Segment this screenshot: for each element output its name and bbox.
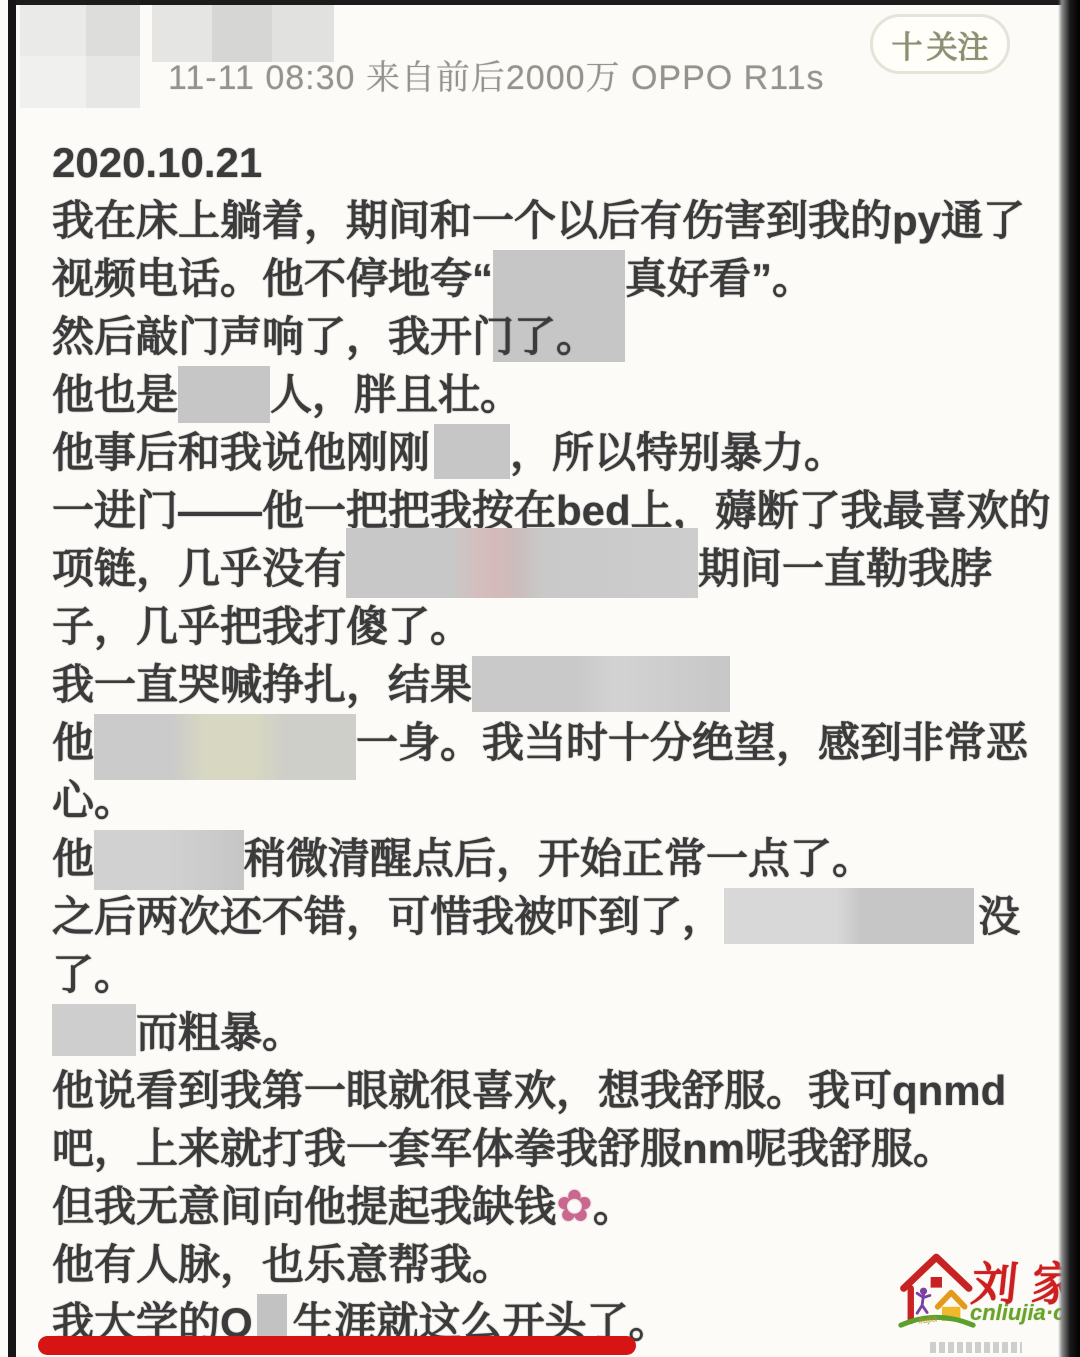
- post-line: 2020.10.21: [52, 134, 1012, 192]
- site-watermark: liujia 刘家 cnliujia·com: [898, 1240, 1068, 1357]
- post-text: 我在床上躺着，期间和一个以后有伤害到我的py通了: [52, 197, 1025, 244]
- frame-edge-right: [1058, 0, 1080, 1357]
- post-line: 他也是人，胖且壮。: [52, 366, 1012, 424]
- red-underline: [38, 1336, 636, 1355]
- post-text: 他说看到我第一眼就很喜欢，想我舒服。我可qnmd: [52, 1067, 1006, 1114]
- censor-blur: [434, 424, 510, 479]
- post-text: 之后两次还不错，可惜我被吓到了，: [52, 893, 724, 940]
- follow-label: 关注: [927, 22, 989, 67]
- post-line: 他事后和我说他刚刚，所以特别暴力。: [52, 424, 1012, 482]
- censor-blur: [257, 1294, 287, 1340]
- username-censored[interactable]: [152, 0, 334, 62]
- post-text: 他有人脉，也乐意帮我。: [52, 1241, 514, 1288]
- post-line: 吧，上来就打我一套军体拳我舒服nm呢我舒服。: [52, 1120, 1012, 1178]
- follow-button[interactable]: 十关注: [870, 14, 1010, 74]
- post-line: 子，几乎把我打傻了。: [52, 598, 1012, 656]
- watermark-fine-print: [930, 1342, 1022, 1353]
- post-line: 项链，几乎没有期间一直勒我脖: [52, 540, 1012, 598]
- svg-text:liujia: liujia: [918, 1313, 938, 1325]
- post-text: 视频电话。他不停地夸“: [52, 255, 493, 302]
- post-line: 了。: [52, 946, 1012, 1004]
- post-text: 而粗暴。: [136, 1009, 304, 1056]
- post-text: ，所以特别暴力。: [510, 429, 846, 476]
- frame-edge-left: [8, 0, 16, 1357]
- post-text: 2020.10.21: [52, 139, 262, 186]
- post-text: 但我无意间向他提起我缺钱: [52, 1183, 556, 1230]
- plus-icon: 十: [892, 22, 923, 67]
- post-line: 心。: [52, 772, 1012, 830]
- post-text: 期间一直勒我脖: [698, 545, 992, 592]
- post-line: 他稍微清醒点后，开始正常一点了。: [52, 830, 1012, 888]
- house-logo-icon: liujia: [898, 1246, 976, 1342]
- post-line: 之后两次还不错，可惜我被吓到了，没: [52, 888, 1012, 946]
- post-line: 我一直哭喊挣扎，结果: [52, 656, 1012, 714]
- post-text: 真好看”。: [625, 255, 814, 302]
- flower-emoji: ✿: [556, 1182, 593, 1231]
- post-line: 他有人脉，也乐意帮我。: [52, 1236, 1012, 1294]
- post-text: 子，几乎把我打傻了。: [52, 603, 472, 650]
- post-line: 但我无意间向他提起我缺钱✿。: [52, 1178, 1012, 1236]
- censor-blur: [724, 888, 974, 944]
- post-line: 而粗暴。: [52, 1004, 1012, 1062]
- post-line: 他说看到我第一眼就很喜欢，想我舒服。我可qnmd: [52, 1062, 1012, 1120]
- post-line: 然后敲门声响了，我开门了。: [52, 308, 1012, 366]
- avatar-censored[interactable]: [20, 0, 140, 108]
- censor-blur: [472, 656, 730, 712]
- post-text: 一身。我当时十分绝望，感到非常恶: [356, 719, 1028, 766]
- censor-blur: [52, 1004, 136, 1056]
- post-text: 没: [978, 893, 1020, 940]
- post-text: 我一直哭喊挣扎，结果: [52, 661, 472, 708]
- censor-blur: [178, 366, 270, 423]
- censor-blur: [94, 714, 356, 780]
- post-text: 了。: [52, 951, 136, 998]
- post-text: 他: [52, 835, 94, 882]
- post-text: 项链，几乎没有: [52, 545, 346, 592]
- frame-edge-top: [8, 0, 1080, 5]
- post-text: 心。: [52, 777, 136, 824]
- post-body: 2020.10.21我在床上躺着，期间和一个以后有伤害到我的py通了视频电话。他…: [52, 134, 1012, 1352]
- post-text: 人，胖且壮。: [270, 371, 522, 418]
- weibo-post-screenshot: 11-11 08:30 来自前后2000万 OPPO R11s 十关注 2020…: [0, 0, 1080, 1357]
- post-timestamp: 11-11 08:30 来自前后2000万 OPPO R11s: [168, 58, 825, 98]
- censor-blur: [94, 830, 244, 890]
- post-text: 。: [593, 1183, 635, 1230]
- post-line: 视频电话。他不停地夸“真好看”。: [52, 250, 1012, 308]
- post-text: 然后敲门声响了，我开门了。: [52, 313, 598, 360]
- censor-blur: [346, 528, 698, 598]
- post-text: 他事后和我说他刚刚: [52, 429, 430, 476]
- post-text: 他: [52, 719, 94, 766]
- post-text: 一进门——他一把把我按在bed上，薅断了我最喜欢的: [52, 487, 1051, 534]
- post-text: 他也是: [52, 371, 178, 418]
- post-text: 吧，上来就打我一套军体拳我舒服nm呢我舒服。: [52, 1125, 955, 1172]
- post-line: 我在床上躺着，期间和一个以后有伤害到我的py通了: [52, 192, 1012, 250]
- post-text: 稍微清醒点后，开始正常一点了。: [244, 835, 874, 882]
- post-line: 他一身。我当时十分绝望，感到非常恶: [52, 714, 1012, 772]
